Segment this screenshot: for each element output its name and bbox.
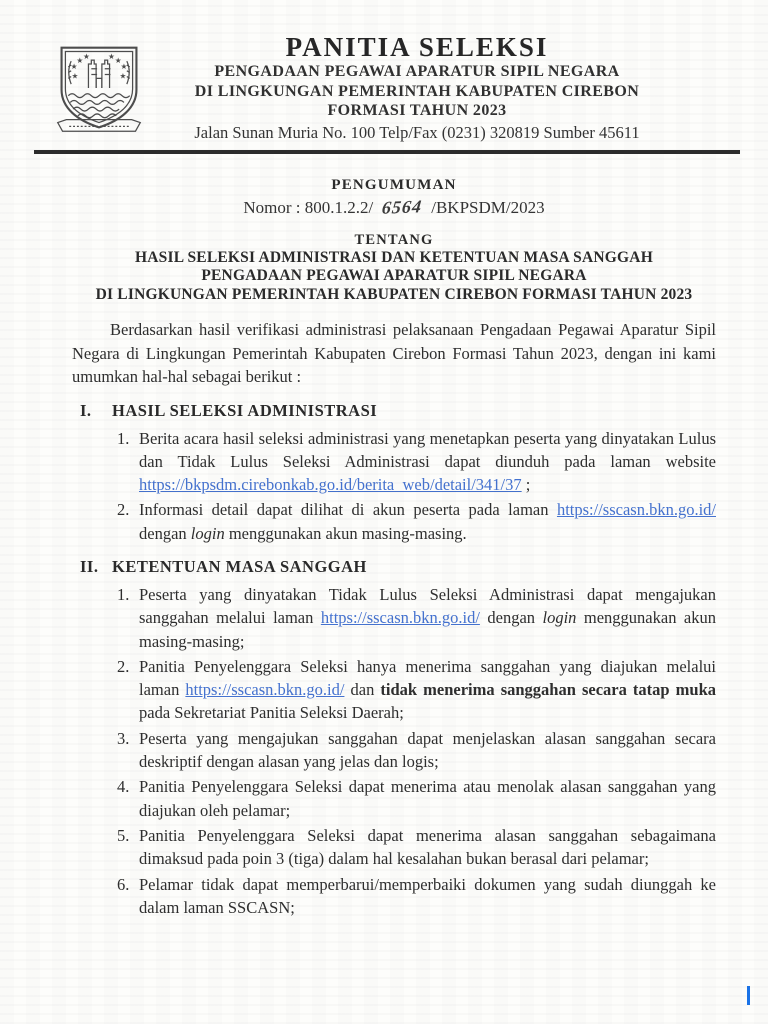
svg-text:★: ★ [83, 52, 90, 61]
section-numeral: II. [80, 556, 112, 578]
section-heading: I. HASIL SELEKSI ADMINISTRASI [72, 400, 716, 422]
item-text: Informasi detail dapat dilihat di akun p… [139, 498, 716, 545]
text-segment: pada Sekretariat Panitia Seleksi Daerah; [139, 703, 404, 722]
org-subtitle-line1: PENGADAAN PEGAWAI APARATUR SIPIL NEGARA [96, 62, 738, 82]
section-title: HASIL SELEKSI ADMINISTRASI [112, 400, 377, 422]
text-segment: Berita acara hasil seleksi administrasi … [139, 429, 716, 471]
org-subtitle-line2: DI LINGKUNGAN PEMERINTAH KABUPATEN CIREB… [96, 82, 738, 102]
link-sscasn[interactable]: https://sscasn.bkn.go.id/ [321, 608, 480, 627]
text-segment: ; [522, 475, 531, 494]
list-item: 5. Panitia Penyelenggara Seleksi dapat m… [117, 824, 716, 871]
org-subtitle-line3: FORMASI TAHUN 2023 [96, 101, 738, 121]
doc-number-handwritten: 6564 [372, 195, 432, 218]
link-bkpsdm-berita-detail[interactable]: https://bkpsdm.cirebonkab.go.id/berita_w… [139, 475, 522, 494]
text-segment: tidak menerima sanggahan secara tatap mu… [380, 680, 716, 699]
text-segment: Peserta yang mengajukan sanggahan dapat … [139, 729, 716, 771]
doc-number-prefix: Nomor : 800.1.2.2/ [243, 198, 373, 217]
text-segment: dengan [480, 608, 543, 627]
svg-text:★: ★ [72, 71, 79, 80]
text-segment: login [191, 524, 225, 543]
letterhead-divider [34, 150, 740, 154]
item-number: 1. [117, 583, 139, 653]
doc-type-heading: PENGUMUMAN [72, 177, 716, 194]
item-number: 5. [117, 824, 139, 871]
section-numeral: I. [80, 400, 112, 422]
list-item: 2. Informasi detail dapat dilihat di aku… [117, 498, 716, 545]
item-number: 4. [117, 775, 139, 822]
doc-number-line: Nomor : 800.1.2.2/6564/BKPSDM/2023 [72, 197, 716, 218]
subject-line1: HASIL SELEKSI ADMINISTRASI DAN KETENTUAN… [72, 249, 716, 268]
list-item: 1. Peserta yang dinyatakan Tidak Lulus S… [117, 583, 716, 653]
item-number: 2. [117, 498, 139, 545]
item-text: Berita acara hasil seleksi administrasi … [139, 427, 716, 497]
item-text: Panitia Penyelenggara Seleksi hanya mene… [139, 655, 716, 725]
section-ketentuan-masa-sanggah: II. KETENTUAN MASA SANGGAH 1. Peserta ya… [72, 556, 716, 919]
org-title: PANITIA SELEKSI [96, 32, 738, 62]
link-sscasn[interactable]: https://sscasn.bkn.go.id/ [185, 680, 344, 699]
item-text: Panitia Penyelenggara Seleksi dapat mene… [139, 824, 716, 871]
section-heading: II. KETENTUAN MASA SANGGAH [72, 556, 716, 578]
link-sscasn[interactable]: https://sscasn.bkn.go.id/ [557, 500, 716, 519]
svg-text:★: ★ [121, 62, 128, 71]
cirebon-coat-of-arms-logo: ★★★ ★★★ ★★ [46, 40, 152, 136]
about-label: TENTANG [72, 232, 716, 249]
intro-paragraph: Berdasarkan hasil verifikasi administras… [72, 318, 716, 389]
org-address: Jalan Sunan Muria No. 100 Telp/Fax (0231… [96, 123, 738, 143]
subject-line3: DI LINGKUNGAN PEMERINTAH KABUPATEN CIREB… [72, 286, 716, 305]
item-number: 6. [117, 873, 139, 920]
item-number: 3. [117, 727, 139, 774]
text-segment: Pelamar tidak dapat memperbarui/memperba… [139, 875, 716, 917]
text-segment: menggunakan akun masing-masing. [225, 524, 467, 543]
text-segment: dan [344, 680, 380, 699]
text-segment: login [543, 608, 577, 627]
title-block: PENGUMUMAN Nomor : 800.1.2.2/6564/BKPSDM… [72, 177, 716, 305]
text-segment: dengan [139, 524, 191, 543]
section-hasil-seleksi-administrasi: I. HASIL SELEKSI ADMINISTRASI 1. Berita … [72, 400, 716, 545]
doc-number-suffix: /BKPSDM/2023 [431, 198, 544, 217]
text-cursor [747, 986, 750, 1005]
list-item: 6. Pelamar tidak dapat memperbarui/mempe… [117, 873, 716, 920]
item-text: Peserta yang mengajukan sanggahan dapat … [139, 727, 716, 774]
list-item: 2. Panitia Penyelenggara Seleksi hanya m… [117, 655, 716, 725]
list-item: 1. Berita acara hasil seleksi administra… [117, 427, 716, 497]
svg-text:★: ★ [120, 71, 127, 80]
list-item: 3. Peserta yang mengajukan sanggahan dap… [117, 727, 716, 774]
item-text: Panitia Penyelenggara Seleksi dapat mene… [139, 775, 716, 822]
item-number: 2. [117, 655, 139, 725]
section-title: KETENTUAN MASA SANGGAH [112, 556, 367, 578]
text-segment: Panitia Penyelenggara Seleksi dapat mene… [139, 826, 716, 868]
item-text: Pelamar tidak dapat memperbarui/memperba… [139, 873, 716, 920]
text-segment: Panitia Penyelenggara Seleksi dapat mene… [139, 777, 716, 819]
item-text: Peserta yang dinyatakan Tidak Lulus Sele… [139, 583, 716, 653]
item-number: 1. [117, 427, 139, 497]
subject-line2: PENGADAAN PEGAWAI APARATUR SIPIL NEGARA [72, 267, 716, 286]
letterhead: ★★★ ★★★ ★★ PANITIA SELEKSI [0, 0, 768, 154]
list-item: 4. Panitia Penyelenggara Seleksi dapat m… [117, 775, 716, 822]
scanned-document-page: ★★★ ★★★ ★★ PANITIA SELEKSI [0, 0, 768, 1024]
document-body: PENGUMUMAN Nomor : 800.1.2.2/6564/BKPSDM… [72, 177, 716, 920]
text-segment: Informasi detail dapat dilihat di akun p… [139, 500, 557, 519]
